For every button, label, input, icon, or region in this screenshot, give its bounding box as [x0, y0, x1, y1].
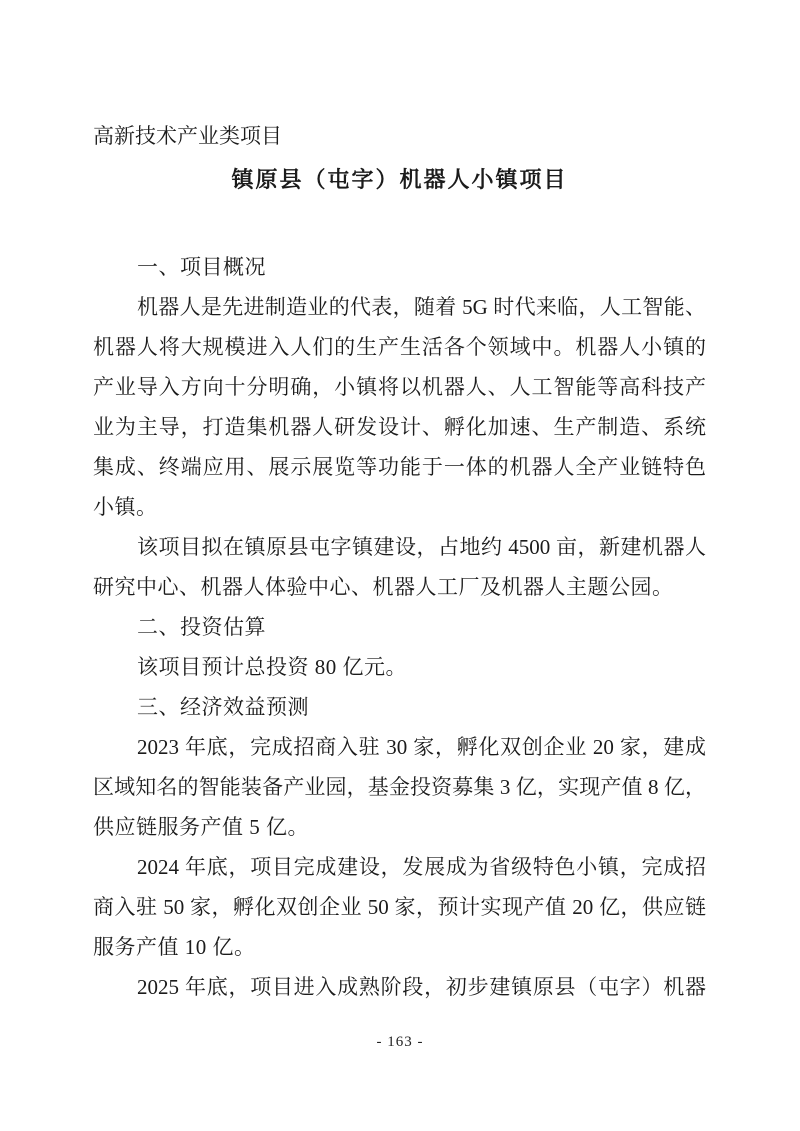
body-line: 研究中心、机器人体验中心、机器人工厂及机器人主题公园。 — [93, 567, 706, 607]
title-spacer — [93, 200, 706, 247]
body-line: 机器人是先进制造业的代表，随着 5G 时代来临，人工智能、 — [93, 287, 706, 327]
section-heading: 一、项目概况 — [93, 247, 706, 287]
body-line: 该项目预计总投资 80 亿元。 — [93, 647, 706, 687]
body-line: 2023 年底，完成招商入驻 30 家，孵化双创企业 20 家，建成 — [93, 727, 706, 767]
body-line: 集成、终端应用、展示展览等功能于一体的机器人全产业链特色 — [93, 447, 706, 487]
body-line: 供应链服务产值 5 亿。 — [93, 807, 706, 847]
body-line: 2025 年底，项目进入成熟阶段，初步建镇原县（屯字）机器 — [93, 967, 706, 1007]
section-heading: 三、经济效益预测 — [93, 687, 706, 727]
body-line: 小镇。 — [93, 487, 706, 527]
text-blocks: 一、项目概况机器人是先进制造业的代表，随着 5G 时代来临，人工智能、机器人将大… — [93, 247, 706, 1007]
body-line: 商入驻 50 家，孵化双创企业 50 家，预计实现产值 20 亿，供应链 — [93, 887, 706, 927]
body-line: 业为主导，打造集机器人研发设计、孵化加速、生产制造、系统 — [93, 407, 706, 447]
document-page: 高新技术产业类项目 镇原县（屯字）机器人小镇项目 一、项目概况机器人是先进制造业… — [93, 116, 706, 1007]
body-line: 区域知名的智能装备产业园，基金投资募集 3 亿，实现产值 8 亿， — [93, 767, 706, 807]
body-line: 该项目拟在镇原县屯字镇建设，占地约 4500 亩，新建机器人 — [93, 527, 706, 567]
page-number: - 163 - — [0, 1031, 800, 1053]
body-line: 机器人将大规模进入人们的生产生活各个领域中。机器人小镇的 — [93, 327, 706, 367]
section-heading: 二、投资估算 — [93, 607, 706, 647]
body-line: 服务产值 10 亿。 — [93, 927, 706, 967]
document-title: 镇原县（屯字）机器人小镇项目 — [93, 160, 706, 200]
category-line: 高新技术产业类项目 — [93, 116, 706, 156]
body-line: 产业导入方向十分明确，小镇将以机器人、人工智能等高科技产 — [93, 367, 706, 407]
body-line: 2024 年底，项目完成建设，发展成为省级特色小镇，完成招 — [93, 847, 706, 887]
